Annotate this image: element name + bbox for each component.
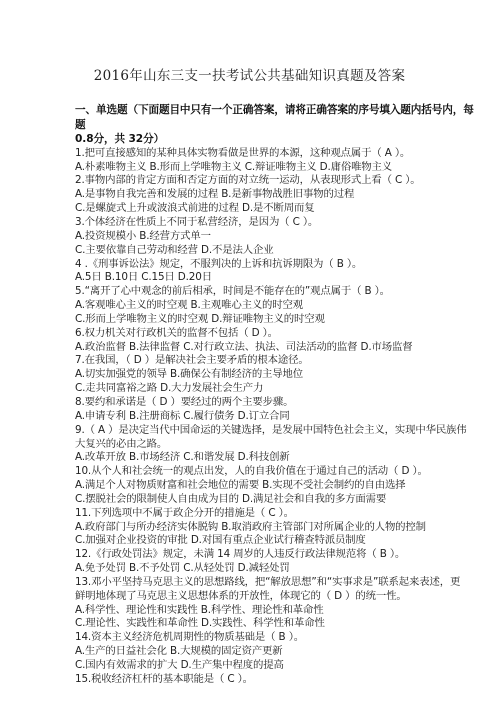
question-9: 9.（ A ）是决定当代中国命运的关键选择，是发展中国特色社会主义，实现中华民族… [75, 424, 475, 438]
question-3-options-ab: A.投资规模小 B.经营方式单一 [75, 230, 475, 244]
section-heading: 一、单选题（下面题目中只有一个正确答案，请将正确答案的序号填入题内括号内，每题 [75, 103, 475, 132]
question-11: 11.下列选项中不属于政企分开的措施是（ C ）。 [75, 507, 475, 521]
question-13-options-ab: A.科学性、理论性和实践性 B.科学性、理论性和革命性 [75, 604, 475, 618]
question-11-options-ab: A.政府部门与所办经济实体脱钩 B.取消政府主管部门对所属企业的人物的控制 [75, 521, 475, 535]
question-3: 3.个体经济在性质上不同于私营经济，是因为（ C ）。 [75, 216, 475, 230]
question-13: 13.邓小平坚持马克思主义的思想路线，把“解放思想”和“实事求是”联系起来表述，… [75, 576, 475, 590]
question-7-options-cd: C.走共同富裕之路 D.大力发展社会生产力 [75, 382, 475, 396]
question-14: 14.资本主义经济危机周期性的物质基础是（ B ）。 [75, 631, 475, 645]
question-2-options-cd: C.是螺旋式上升或波浪式前进的过程 D.是不断周而复 [75, 202, 475, 216]
question-8-options: A.申请专利 B.注册商标 C.履行债务 D.订立合同 [75, 410, 475, 424]
question-5-options-ab: A.客观唯心主义的时空观 B.主观唯心主义的时空观 [75, 299, 475, 313]
question-11-options-cd: C.加强对企业投资的审批 D.对国有重点企业试行稽查特派员制度 [75, 534, 475, 548]
question-1-options: A.朴素唯物主义 B.形而上学唯物主义 C.辩证唯物主义 D.庸俗唯物主义 [75, 161, 475, 175]
question-10-options-ab: A.满足个人对物质财富和社会地位的需要 B.实现不受社会制约的自由选择 [75, 479, 475, 493]
question-6-options: A.政治监督 B.法律监督 C.对行政立法、执法、司法活动的监督 D.市场监督 [75, 341, 475, 355]
question-14-options-ab: A.生产的日益社会化 B.大规模的固定资产更新 [75, 645, 475, 659]
document-body: 一、单选题（下面题目中只有一个正确答案，请将正确答案的序号填入题内括号内，每题 … [75, 103, 475, 687]
question-13-options-cd: C.理论性、实践性和革命性 D.实践性、科学性和革命性 [75, 617, 475, 631]
question-9-continued: 大复兴的必由之路。 [75, 438, 475, 452]
question-13-continued: 鲜明地体现了马克思主义思想体系的开放性，体现它的（ D ）的统一性。 [75, 590, 475, 604]
question-4-options: A.5日 B.10日 C.15日 D.20日 [75, 271, 475, 285]
question-2-options-ab: A.是事物自我完善和发展的过程 B.是新事物战胜旧事物的过程 [75, 188, 475, 202]
question-10: 10.从个人和社会统一的观点出发，人的自我价值在于通过自己的活动（ D ）。 [75, 465, 475, 479]
question-12-options: A.免予处罚 B.不予处罚 C.从轻处罚 D.减轻处罚 [75, 562, 475, 576]
question-7-options-ab: A.切实加强党的领导 B.确保公有制经济的主导地位 [75, 368, 475, 382]
question-8: 8.要约和承诺是（ D ）要经过的两个主要步骤。 [75, 396, 475, 410]
question-15: 15.税收经济杠杆的基本职能是（ C ）。 [75, 673, 475, 687]
question-1: 1.把可直接感知的某种具体实物看做是世界的本源，这种观点属于（ A ）。 [75, 147, 475, 161]
question-10-options-cd: C.摆脱社会的限制使人自由成为目的 D.满足社会和自我的多方面需要 [75, 493, 475, 507]
question-3-options-cd: C.主要依靠自己劳动和经营 D.不是法人企业 [75, 244, 475, 258]
question-5-options-cd: C.形而上学唯物主义的时空观 D.辩证唯物主义的时空观 [75, 313, 475, 327]
section-heading-continued: 0.8分，共 32分） [75, 132, 475, 147]
question-list: 1.把可直接感知的某种具体实物看做是世界的本源，这种观点属于（ A ）。 A.朴… [75, 147, 475, 687]
document-page: 2016年山东三支一扶考试公共基础知识真题及答案 一、单选题（下面题目中只有一个… [0, 0, 499, 706]
question-2: 2.事物内部的肯定方面和否定方面的对立统一运动，从表现形式上看（ C ）。 [75, 174, 475, 188]
question-6: 6.权力机关对行政机关的监督不包括（ D ）。 [75, 327, 475, 341]
document-title: 2016年山东三支一扶考试公共基础知识真题及答案 [0, 64, 499, 84]
question-12: 12.《行政处罚法》规定，未满 14 周岁的人违反行政法律规范将（ B ）。 [75, 548, 475, 562]
question-9-options: A.改革开放 B.市场经济 C.和谐发展 D.科技创新 [75, 451, 475, 465]
question-4: 4 .《刑事诉讼法》规定，不服判决的上诉和抗诉期限为（ B ）。 [75, 258, 475, 272]
question-5: 5.“离开了心中观念的前后相承，时间是不能存在的”观点属于（ B ）。 [75, 285, 475, 299]
question-14-options-cd: C.国内有效需求的扩大 D.生产集中程度的提高 [75, 659, 475, 673]
question-7: 7.在我国，（ D ）是解决社会主要矛盾的根本途径。 [75, 354, 475, 368]
